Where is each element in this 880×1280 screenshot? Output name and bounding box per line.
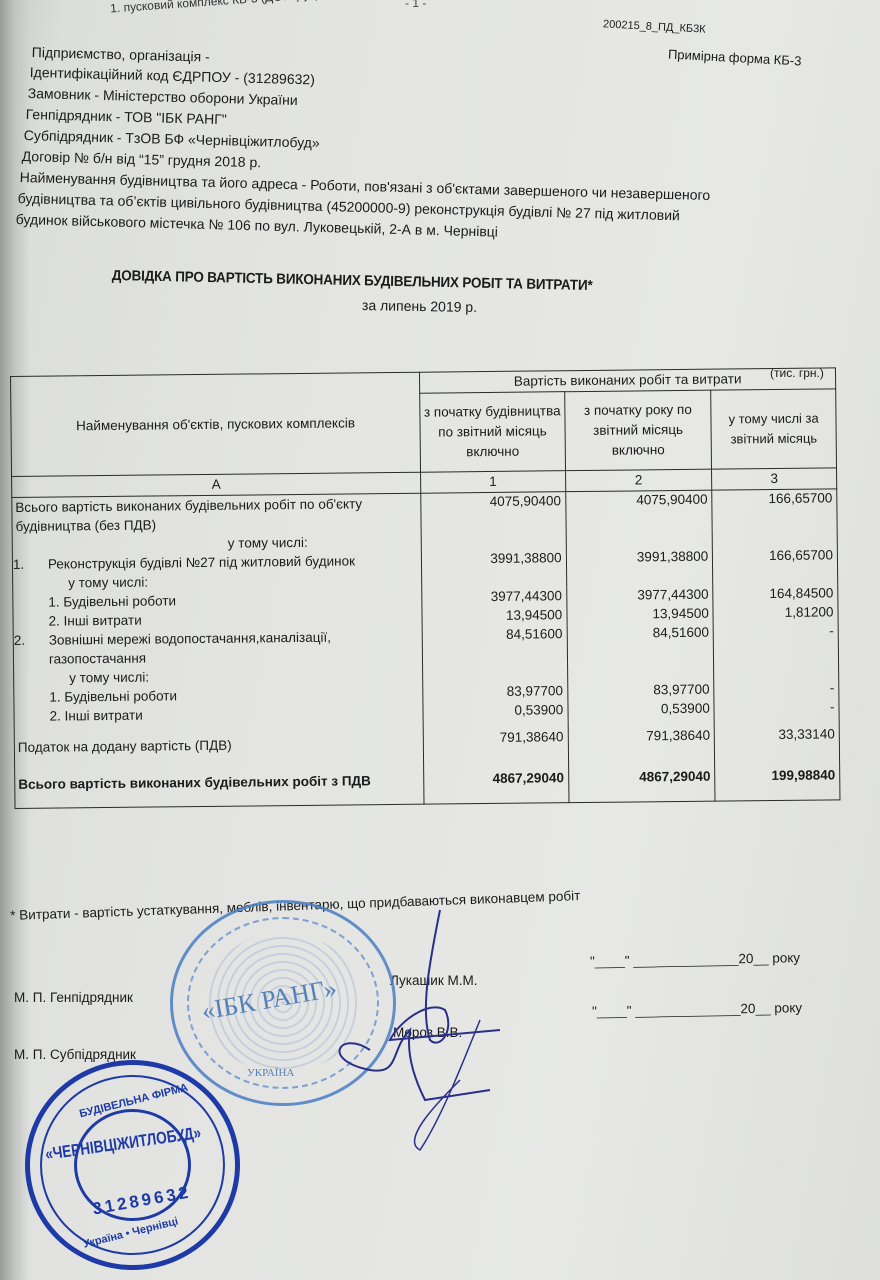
value-cell-col1 xyxy=(423,663,568,684)
cost-table-body: Всього вартість виконаних будівельних ро… xyxy=(12,489,840,809)
value-cell-col2: 4867,29040 xyxy=(568,750,715,803)
value-cell-col1: 13,94500 xyxy=(422,606,567,627)
header-edrpou: Ідентифікаційний код ЄДРПОУ - (31289632) xyxy=(30,64,315,87)
header-customer: Замовник - Міністерство оборони України xyxy=(28,85,298,108)
row-label: Всього вартість виконаних будівельних ро… xyxy=(12,493,421,536)
col-code-2: 2 xyxy=(565,469,712,492)
value-cell-col3: - xyxy=(714,679,839,699)
header-enterprise: Підприємство, організація - xyxy=(32,44,210,65)
stamp-chernivtsizhytlobud: «ЧЕРНІВЦІЖИТЛОБУД» 31289632 БУДІВЕЛЬНА Ф… xyxy=(25,1060,240,1270)
table-row: Всього вартість виконаних будівельних ро… xyxy=(14,748,839,808)
cost-table: Найменування об'єктів, пускових комплекс… xyxy=(10,367,840,809)
page-number: - 1 - xyxy=(405,0,426,10)
value-cell-col2 xyxy=(566,529,713,550)
value-cell-col1: 4075,90400 xyxy=(421,492,566,532)
value-cell-col3: 33,33140 xyxy=(714,717,839,749)
value-cell-col3: 166,65700 xyxy=(712,489,837,529)
value-cell-col2: 3977,44300 xyxy=(566,586,713,607)
value-cell-col2: 13,94500 xyxy=(567,605,714,626)
col-header-month: у тому числі за звітний місяць xyxy=(711,389,837,469)
value-cell-col2: 84,51600 xyxy=(567,624,714,664)
row-label-text: 1. Будівельні роботи xyxy=(49,688,177,704)
value-cell-col2: 3991,38800 xyxy=(566,548,713,569)
value-cell-col3: 199,98840 xyxy=(715,748,840,801)
header-subcontractor: Субпідрядник - ТзОВ БФ «Чернівціжитлобуд… xyxy=(24,127,320,151)
value-cell-col3 xyxy=(714,660,839,680)
general-contractor-role: М. П. Генпідрядник xyxy=(14,990,133,1005)
value-cell-col3: 164,84500 xyxy=(713,584,838,604)
value-cell-col2: 4075,90400 xyxy=(565,490,712,530)
row-label-text: у тому числі: xyxy=(228,535,308,551)
header-contract: Договір № б/н від “15” грудня 2018 р. xyxy=(22,148,262,170)
row-label-text: у тому числі: xyxy=(68,575,148,591)
value-cell-col2: 83,97700 xyxy=(567,681,714,702)
row-label-text: Зовнішні мережі водопостачання,каналізац… xyxy=(49,630,331,667)
row-label-text: 2. Інші витрати xyxy=(48,613,141,629)
value-cell-col2: 0,53900 xyxy=(568,700,715,721)
row-label: 2.Зовнішні мережі водопостачання,каналіз… xyxy=(13,627,422,669)
value-cell-col2 xyxy=(566,567,713,588)
value-cell-col3: 166,65700 xyxy=(713,546,838,566)
col-header-since-year: з початку року по звітний місяць включно xyxy=(564,390,711,471)
value-cell-col1: 83,97700 xyxy=(423,682,568,703)
cut-off-header-text: 1. пусковий комплекс КБ-3 (ДСТУ) укр. xyxy=(110,0,325,15)
value-cell-col3: - xyxy=(713,622,838,661)
subcontractor-date: "____" ______________20__ року xyxy=(592,1000,802,1019)
value-cell-col3: - xyxy=(714,698,839,718)
document-title: ДОВІДКА ПРО ВАРТІСТЬ ВИКОНАНИХ БУДІВЕЛЬН… xyxy=(112,268,593,294)
row-number: 2. xyxy=(14,631,49,650)
row-label-text: Всього вартість виконаних будівельних ро… xyxy=(15,496,362,534)
row-label-text: Реконструкція будівлі №27 під житловий б… xyxy=(48,553,355,571)
col-header-name: Найменування об'єктів, пускових комплекс… xyxy=(11,372,421,476)
row-label-text: у тому числі: xyxy=(69,670,149,686)
value-cell-col3 xyxy=(712,527,837,547)
value-cell-col1: 3977,44300 xyxy=(422,587,567,608)
col-header-since-start: з початку будівництва по звітний місяць … xyxy=(420,392,565,473)
col-code-3: 3 xyxy=(712,468,837,490)
value-cell-col1: 0,53900 xyxy=(423,701,568,722)
value-cell-col1: 84,51600 xyxy=(422,625,567,665)
value-cell-col1: 791,38640 xyxy=(423,720,568,753)
row-label: Податок на додану вартість (ПДВ) xyxy=(14,722,423,757)
value-cell-col1 xyxy=(422,568,567,589)
value-cell-col2 xyxy=(567,662,714,683)
document-code: 200215_8_ПД_КБ3К xyxy=(603,18,706,35)
header-general-contractor: Генпідрядник - ТОВ "ІБК РАНГ" xyxy=(26,106,227,127)
value-cell-col3 xyxy=(713,565,838,585)
value-cell-col1: 3991,38800 xyxy=(421,549,566,570)
row-label-text: Всього вартість виконаних будівельних ро… xyxy=(18,773,371,792)
handwritten-signatures xyxy=(280,900,500,1160)
row-label-text: 2. Інші витрати xyxy=(49,708,142,724)
general-contractor-date: "____" ______________20__ року xyxy=(590,950,800,969)
value-cell-col2: 791,38640 xyxy=(568,719,715,752)
subcontractor-role: М. П. Субпідрядник xyxy=(14,1047,136,1062)
row-label-text: 1. Будівельні роботи xyxy=(48,593,176,609)
value-cell-col1: 4867,29040 xyxy=(424,751,569,804)
row-label: Всього вартість виконаних будівельних ро… xyxy=(14,753,424,809)
col-code-1: 1 xyxy=(421,471,566,494)
value-cell-col1 xyxy=(421,530,566,551)
value-cell-col3: 1,81200 xyxy=(713,603,838,623)
form-name: Примірна форма КБ-3 xyxy=(668,47,802,69)
row-label-text: Податок на додану вартість (ПДВ) xyxy=(18,738,232,755)
row-number: 1. xyxy=(13,555,48,574)
report-period: за липень 2019 р. xyxy=(362,297,477,315)
cost-table-container: Найменування об'єктів, пускових комплекс… xyxy=(10,367,870,891)
